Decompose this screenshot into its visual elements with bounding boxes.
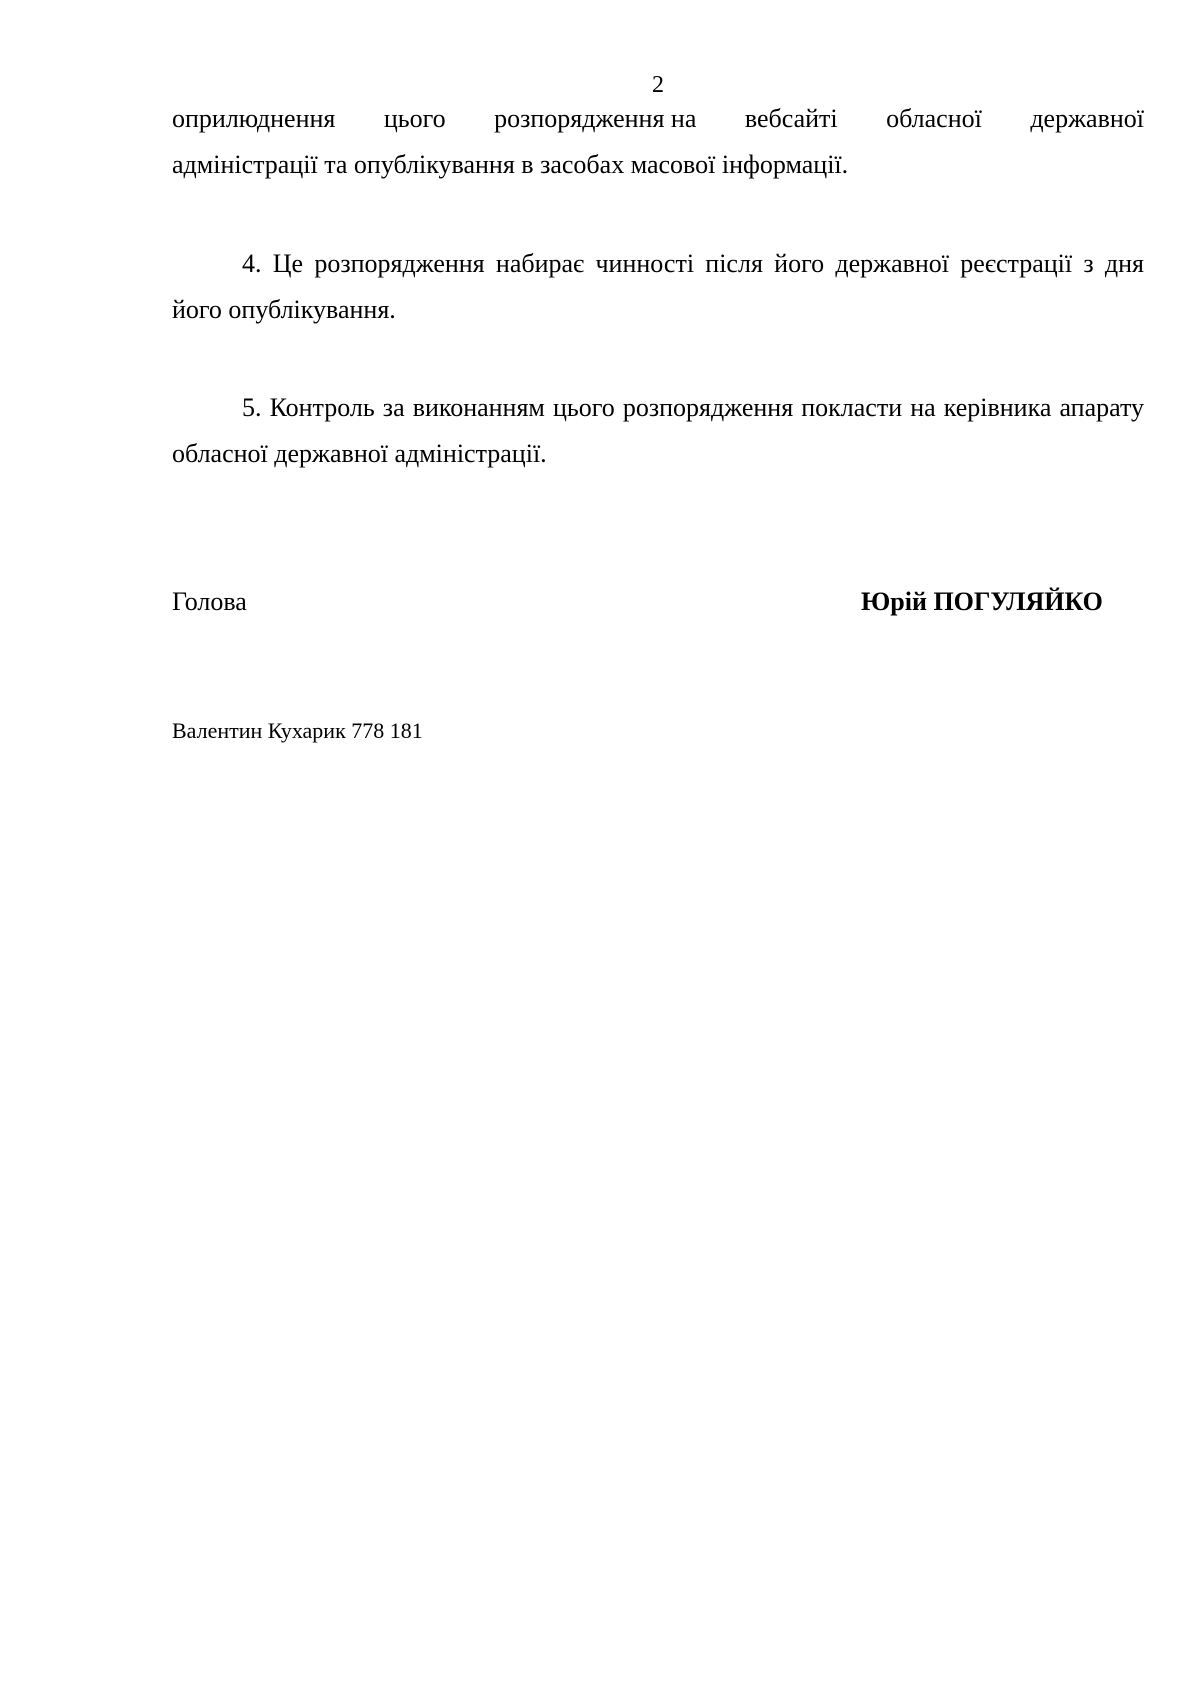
word: обласної (886, 96, 982, 142)
word: державної (1030, 96, 1144, 142)
word: вебсайті (745, 96, 838, 142)
word: розпорядження на (494, 96, 696, 142)
signature-title: Голова (172, 585, 247, 619)
word: оприлюднення (172, 96, 335, 142)
paragraph-continuation-line-2: адміністрації та опублікування в засобах… (172, 142, 1144, 188)
paragraph-5: 5. Контроль за виконанням цього розпоряд… (172, 385, 1144, 477)
paragraph-continuation: оприлюднення цього розпорядження на вебс… (172, 96, 1144, 188)
word: цього (384, 96, 446, 142)
executor-contact: Валентин Кухарик 778 181 (172, 716, 423, 746)
paragraph-4: 4. Це розпорядження набирає чинності піс… (172, 241, 1144, 333)
paragraph-4-text: 4. Це розпорядження набирає чинності піс… (172, 249, 1144, 324)
paragraph-continuation-line-1: оприлюднення цього розпорядження на вебс… (172, 96, 1144, 142)
signature-name: Юрій ПОГУЛЯЙКО (861, 585, 1103, 619)
paragraph-5-text: 5. Контроль за виконанням цього розпоряд… (172, 393, 1144, 468)
